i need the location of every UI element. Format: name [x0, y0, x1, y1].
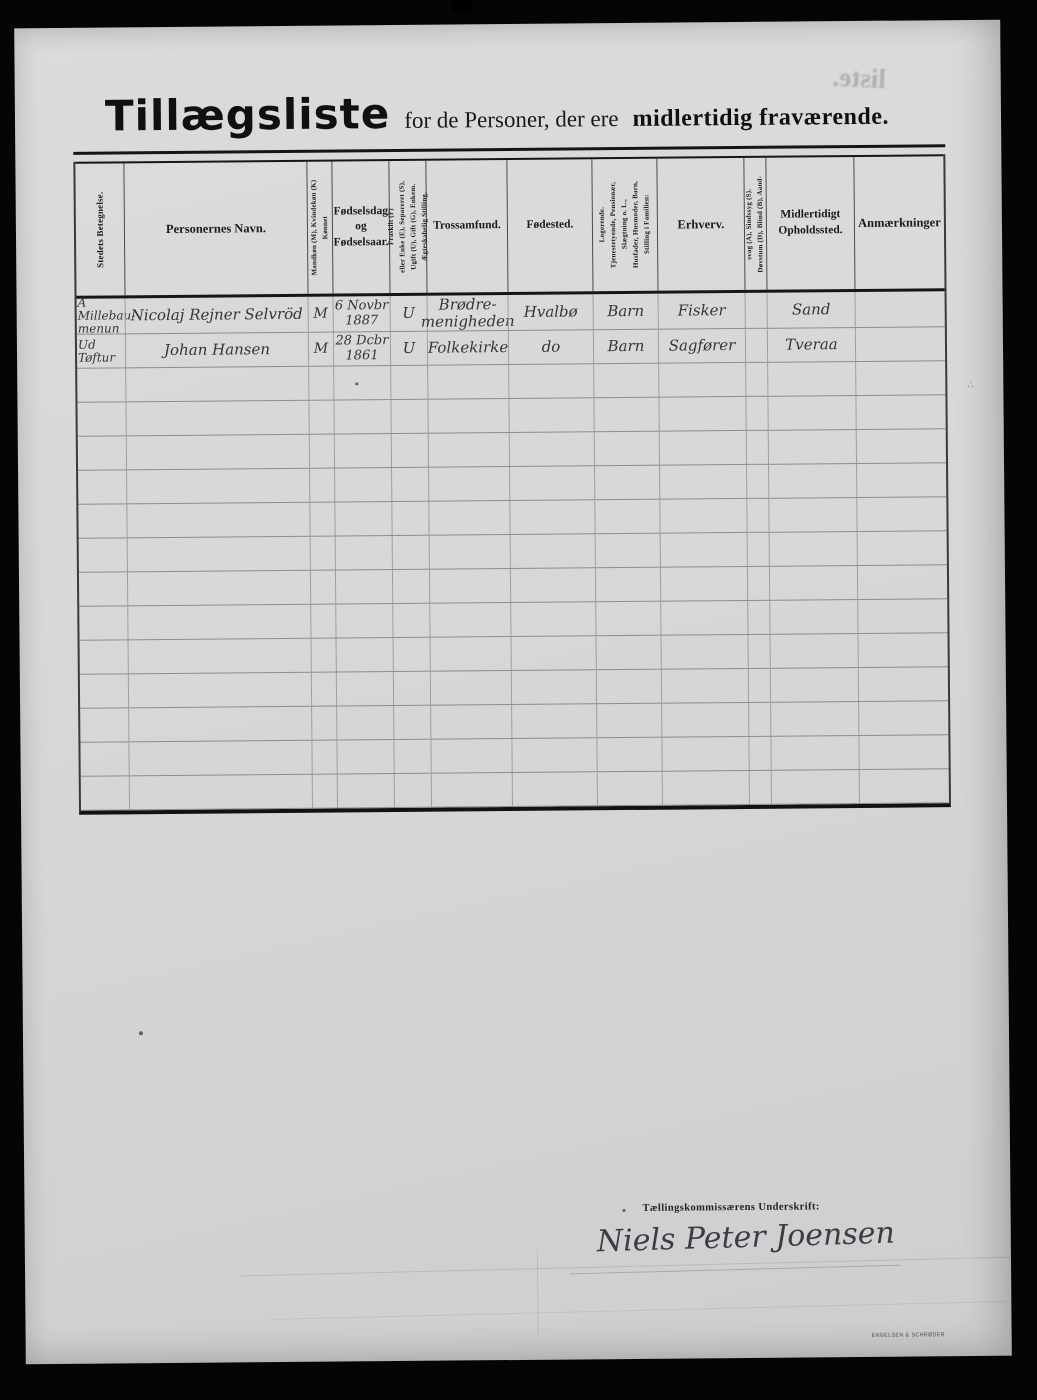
- cell-stilling-i-familien: [593, 364, 658, 398]
- cell-anmaerkninger: [857, 599, 947, 633]
- cell-koennet: M: [308, 297, 333, 332]
- cell-trossamfund: [428, 433, 509, 467]
- scan-artifact-dot: [623, 1209, 626, 1212]
- cell-stilling-i-familien: [594, 500, 659, 534]
- cell-stilling-i-familien: [595, 568, 660, 602]
- cell-midlertidigt-opholdssted: [770, 736, 858, 770]
- cell-anmaerkninger: [858, 701, 948, 735]
- cell-foedested: [511, 704, 596, 738]
- cell-erhverv: [659, 499, 746, 533]
- cell-aegteskabelig-stilling: [391, 468, 428, 501]
- cell-anmaerkninger: [858, 735, 948, 769]
- cell-aegteskabelig-stilling: [393, 638, 430, 671]
- cell-koennet: M: [308, 333, 333, 366]
- cell-foedested: [511, 670, 596, 704]
- cell-trossamfund: [431, 773, 512, 807]
- cell-aegteskabelig-stilling: [390, 366, 427, 399]
- cell-doevstum: [745, 329, 767, 362]
- cell-anmaerkninger: [855, 361, 945, 395]
- cell-aegteskabelig-stilling: [394, 774, 431, 807]
- cell-midlertidigt-opholdssted: [768, 464, 856, 498]
- cell-doevstum: [748, 737, 770, 770]
- cell-personernes-navn: [127, 605, 310, 640]
- cell-midlertidigt-opholdssted: Sand: [767, 292, 855, 328]
- cell-foedselsdag: [336, 672, 393, 705]
- cell-erhverv: Sagfører: [658, 329, 745, 363]
- cell-foedselsdag: [333, 366, 390, 399]
- cell-doevstum: [748, 635, 770, 668]
- cell-anmaerkninger: [856, 429, 946, 463]
- cell-foedested: [510, 534, 595, 568]
- cell-stedets-betegnelse: [77, 368, 125, 401]
- cell-anmaerkninger: [855, 395, 945, 429]
- cell-koennet: [309, 469, 334, 502]
- cell-koennet: [310, 571, 335, 604]
- cell-foedselsdag: 28 Dcbr 1861: [333, 332, 390, 365]
- cell-stedets-betegnelse: [81, 776, 129, 809]
- cell-koennet: [312, 775, 337, 808]
- cell-foedselsdag: [335, 604, 392, 637]
- cell-stilling-i-familien: [596, 704, 661, 738]
- cell-foedested: [511, 738, 596, 772]
- cell-doevstum: [747, 533, 769, 566]
- cell-stilling-i-familien: [596, 670, 661, 704]
- cell-foedested: [512, 772, 597, 806]
- cell-aegteskabelig-stilling: [393, 672, 430, 705]
- cell-erhverv: [662, 771, 749, 805]
- cell-midlertidigt-opholdssted: [768, 430, 856, 464]
- cell-stilling-i-familien: [593, 398, 658, 432]
- cell-trossamfund: [430, 739, 511, 773]
- cell-doevstum: [745, 363, 767, 396]
- cell-stilling-i-familien: [596, 636, 661, 670]
- cell-koennet: [310, 605, 335, 638]
- cell-trossamfund: [427, 399, 508, 433]
- cell-trossamfund: [428, 501, 509, 535]
- cell-personernes-navn: Nicolaj Rejner Selvröd: [125, 297, 308, 334]
- cell-stedets-betegnelse: [80, 640, 128, 673]
- cell-trossamfund: Folkekirke: [427, 331, 508, 365]
- cell-trossamfund: [430, 637, 511, 671]
- title-emphasis: midlertidig fraværende.: [632, 104, 889, 133]
- cell-erhverv: [660, 533, 747, 567]
- cell-stedets-betegnelse: Ud Tøftur: [77, 334, 125, 367]
- cell-anmaerkninger: [858, 667, 948, 701]
- column-header-personernes-navn: Personernes Navn.: [123, 162, 307, 296]
- cell-foedested: do: [508, 330, 593, 364]
- scan-background: { "colors":{"paper":"#d7d7d7","ink":"#16…: [0, 0, 1037, 1400]
- cell-doevstum: [745, 397, 767, 430]
- cell-personernes-navn: [128, 639, 311, 674]
- cell-midlertidigt-opholdssted: [769, 566, 857, 600]
- scan-artifact-dot: [139, 1031, 143, 1035]
- bleedthrough-line: [270, 1301, 1005, 1320]
- cell-personernes-navn: [126, 503, 309, 538]
- cell-foedselsdag: [333, 400, 390, 433]
- cell-foedested: [511, 636, 596, 670]
- cell-koennet: [310, 537, 335, 570]
- cell-trossamfund: [428, 467, 509, 501]
- document-page: liste. Tillægsliste for de Personer, der…: [14, 20, 1012, 1365]
- cell-foedselsdag: [334, 502, 391, 535]
- column-header-erhverv: Erhverv.: [656, 158, 744, 291]
- cell-anmaerkninger: [858, 633, 948, 667]
- cell-aegteskabelig-stilling: [391, 502, 428, 535]
- column-header-foedested: Fødested.: [506, 159, 592, 292]
- cell-foedselsdag: [336, 706, 393, 739]
- cell-foedested: [510, 568, 595, 602]
- scan-artifact-marks: ∴: [967, 380, 973, 391]
- cell-aegteskabelig-stilling: [392, 570, 429, 603]
- cell-personernes-navn: [126, 469, 309, 504]
- cell-stedets-betegnelse: [79, 572, 127, 605]
- table-body: Á Millebau- menun Nicolaj Rejner Selvröd…: [77, 291, 949, 811]
- cell-midlertidigt-opholdssted: [767, 362, 855, 396]
- cell-anmaerkninger: [856, 463, 946, 497]
- cell-stedets-betegnelse: [77, 402, 125, 435]
- cell-stedets-betegnelse: [79, 606, 127, 639]
- cell-koennet: [311, 741, 336, 774]
- cell-foedested: [509, 466, 594, 500]
- cell-foedested: [510, 602, 595, 636]
- cell-stilling-i-familien: [595, 602, 660, 636]
- cell-erhverv: Fisker: [658, 293, 745, 329]
- cell-personernes-navn: Johan Hansen: [125, 333, 308, 368]
- cell-foedested: [509, 500, 594, 534]
- cell-midlertidigt-opholdssted: Tveraa: [767, 328, 855, 362]
- cell-stilling-i-familien: [596, 738, 661, 772]
- cell-stedets-betegnelse: [80, 742, 128, 775]
- cell-anmaerkninger: [859, 769, 949, 803]
- cell-aegteskabelig-stilling: [391, 434, 428, 467]
- cell-personernes-navn: [128, 707, 311, 742]
- cell-foedested: [509, 432, 594, 466]
- census-table: Stedets Betegnelse. Personernes Navn. Kø…: [73, 154, 951, 815]
- cell-doevstum: [747, 601, 769, 634]
- cell-anmaerkninger: [855, 327, 945, 361]
- scan-artifact-dot: [355, 382, 358, 385]
- cell-erhverv: [658, 397, 745, 431]
- cell-midlertidigt-opholdssted: [769, 532, 857, 566]
- cell-doevstum: [746, 431, 768, 464]
- cell-koennet: [311, 673, 336, 706]
- cell-stedets-betegnelse: [78, 504, 126, 537]
- cell-midlertidigt-opholdssted: [770, 668, 858, 702]
- cell-personernes-navn: [128, 673, 311, 708]
- cell-foedested: [508, 364, 593, 398]
- cell-anmaerkninger: [856, 497, 946, 531]
- column-header-stilling-i-familien: Stilling i Familien: Husfader, Husmoder,…: [591, 159, 657, 292]
- cell-midlertidigt-opholdssted: [767, 396, 855, 430]
- cell-doevstum: [748, 669, 770, 702]
- cell-erhverv: [658, 363, 745, 397]
- title-subtitle: for de Personer, der ere: [404, 106, 619, 134]
- bleedthrough-line: [240, 1257, 1010, 1277]
- cell-foedselsdag: [336, 740, 393, 773]
- printer-imprint: ENGELSEN & SCHRØDER: [872, 1332, 945, 1339]
- cell-koennet: [309, 503, 334, 536]
- cell-koennet: [308, 401, 333, 434]
- cell-midlertidigt-opholdssted: [770, 634, 858, 668]
- cell-erhverv: [661, 635, 748, 669]
- cell-anmaerkninger: [857, 565, 947, 599]
- cell-foedested: [508, 398, 593, 432]
- cell-doevstum: [748, 703, 770, 736]
- cell-doevstum: [746, 465, 768, 498]
- signature-handwriting: Niels Peter Joensen: [596, 1216, 895, 1260]
- cell-erhverv: [659, 465, 746, 499]
- column-header-trossamfund: Trossamfund.: [425, 160, 507, 293]
- cell-midlertidigt-opholdssted: [769, 600, 857, 634]
- cell-doevstum: [745, 293, 767, 328]
- cell-foedselsdag: [337, 774, 394, 807]
- cell-erhverv: [661, 669, 748, 703]
- cell-personernes-navn: [128, 741, 311, 776]
- cell-koennet: [311, 639, 336, 672]
- cell-koennet: [308, 367, 333, 400]
- cell-trossamfund: Brødre- menigheden: [427, 295, 508, 331]
- cell-anmaerkninger: [855, 291, 945, 327]
- cell-trossamfund: [427, 365, 508, 399]
- cell-stedets-betegnelse: [78, 470, 126, 503]
- table-header-row: Stedets Betegnelse. Personernes Navn. Kø…: [75, 154, 944, 299]
- cell-personernes-navn: [127, 537, 310, 572]
- cell-personernes-navn: [125, 367, 308, 402]
- cell-stedets-betegnelse: [80, 708, 128, 741]
- cell-aegteskabelig-stilling: [390, 400, 427, 433]
- cell-foedselsdag: [335, 536, 392, 569]
- column-header-koennet: Kønnet Mandkøn (M), Kvindekøn (K): [306, 162, 332, 294]
- cell-stilling-i-familien: [595, 534, 660, 568]
- cell-erhverv: [661, 703, 748, 737]
- cell-aegteskabelig-stilling: [393, 740, 430, 773]
- cell-foedselsdag: [334, 434, 391, 467]
- bleedthrough-line-vertical: [537, 1250, 539, 1335]
- cell-personernes-navn: [129, 775, 312, 810]
- cell-aegteskabelig-stilling: U: [390, 332, 427, 365]
- cell-aegteskabelig-stilling: [393, 706, 430, 739]
- title-rule: [73, 144, 945, 155]
- cell-stedets-betegnelse: [78, 436, 126, 469]
- cell-personernes-navn: [126, 435, 309, 470]
- cell-koennet: [309, 435, 334, 468]
- cell-trossamfund: [430, 671, 511, 705]
- cell-stilling-i-familien: Barn: [593, 330, 658, 364]
- cell-erhverv: [660, 567, 747, 601]
- cell-foedested: Hvalbø: [508, 294, 593, 330]
- cell-stilling-i-familien: Barn: [593, 294, 658, 330]
- cell-doevstum: [746, 499, 768, 532]
- cell-stedets-betegnelse: Á Millebau- menun: [77, 298, 125, 333]
- column-header-anmaerkninger: Anmærkninger: [853, 156, 944, 289]
- title-main: Tillægsliste: [105, 89, 391, 140]
- cell-erhverv: [659, 431, 746, 465]
- cell-anmaerkninger: [857, 531, 947, 565]
- cell-foedselsdag: [336, 638, 393, 671]
- cell-erhverv: [660, 601, 747, 635]
- scan-edge-notch: [452, 0, 472, 13]
- cell-doevstum: [747, 567, 769, 600]
- column-header-doevstum: Døvstum (D), Blind (B), Aand- svag (A), …: [743, 158, 766, 290]
- column-header-foedselsdag: Fødselsdag og Fødselsaar.: [331, 161, 389, 293]
- cell-stilling-i-familien: [594, 466, 659, 500]
- cell-stedets-betegnelse: [79, 538, 127, 571]
- column-header-midlertidigt-opholdssted: Midlertidigt Opholdssted.: [765, 157, 854, 290]
- cell-foedselsdag: 6 Novbr 1887: [333, 296, 390, 331]
- cell-personernes-navn: [125, 401, 308, 436]
- cell-erhverv: [661, 737, 748, 771]
- cell-aegteskabelig-stilling: [392, 604, 429, 637]
- cell-stedets-betegnelse: [80, 674, 128, 707]
- cell-trossamfund: [429, 569, 510, 603]
- signature-label: Tællingskommissærens Underskrift:: [642, 1201, 819, 1214]
- cell-trossamfund: [429, 535, 510, 569]
- cell-midlertidigt-opholdssted: [770, 702, 858, 736]
- page-title: Tillægsliste for de Personer, der ere mi…: [105, 85, 889, 141]
- cell-stilling-i-familien: [594, 432, 659, 466]
- cell-trossamfund: [429, 603, 510, 637]
- cell-koennet: [311, 707, 336, 740]
- cell-trossamfund: [430, 705, 511, 739]
- cell-doevstum: [749, 771, 771, 804]
- cell-foedselsdag: [334, 468, 391, 501]
- column-header-aegteskabelig-stilling: Ægteskabelig Stilling. Ugift (U), Gift (…: [388, 161, 426, 293]
- cell-midlertidigt-opholdssted: [771, 770, 859, 804]
- cell-stilling-i-familien: [597, 772, 662, 806]
- cell-aegteskabelig-stilling: [392, 536, 429, 569]
- column-header-stedets-betegnelse: Stedets Betegnelse.: [75, 163, 124, 295]
- cell-personernes-navn: [127, 571, 310, 606]
- cell-foedselsdag: [335, 570, 392, 603]
- table-row: [81, 769, 949, 811]
- cell-midlertidigt-opholdssted: [768, 498, 856, 532]
